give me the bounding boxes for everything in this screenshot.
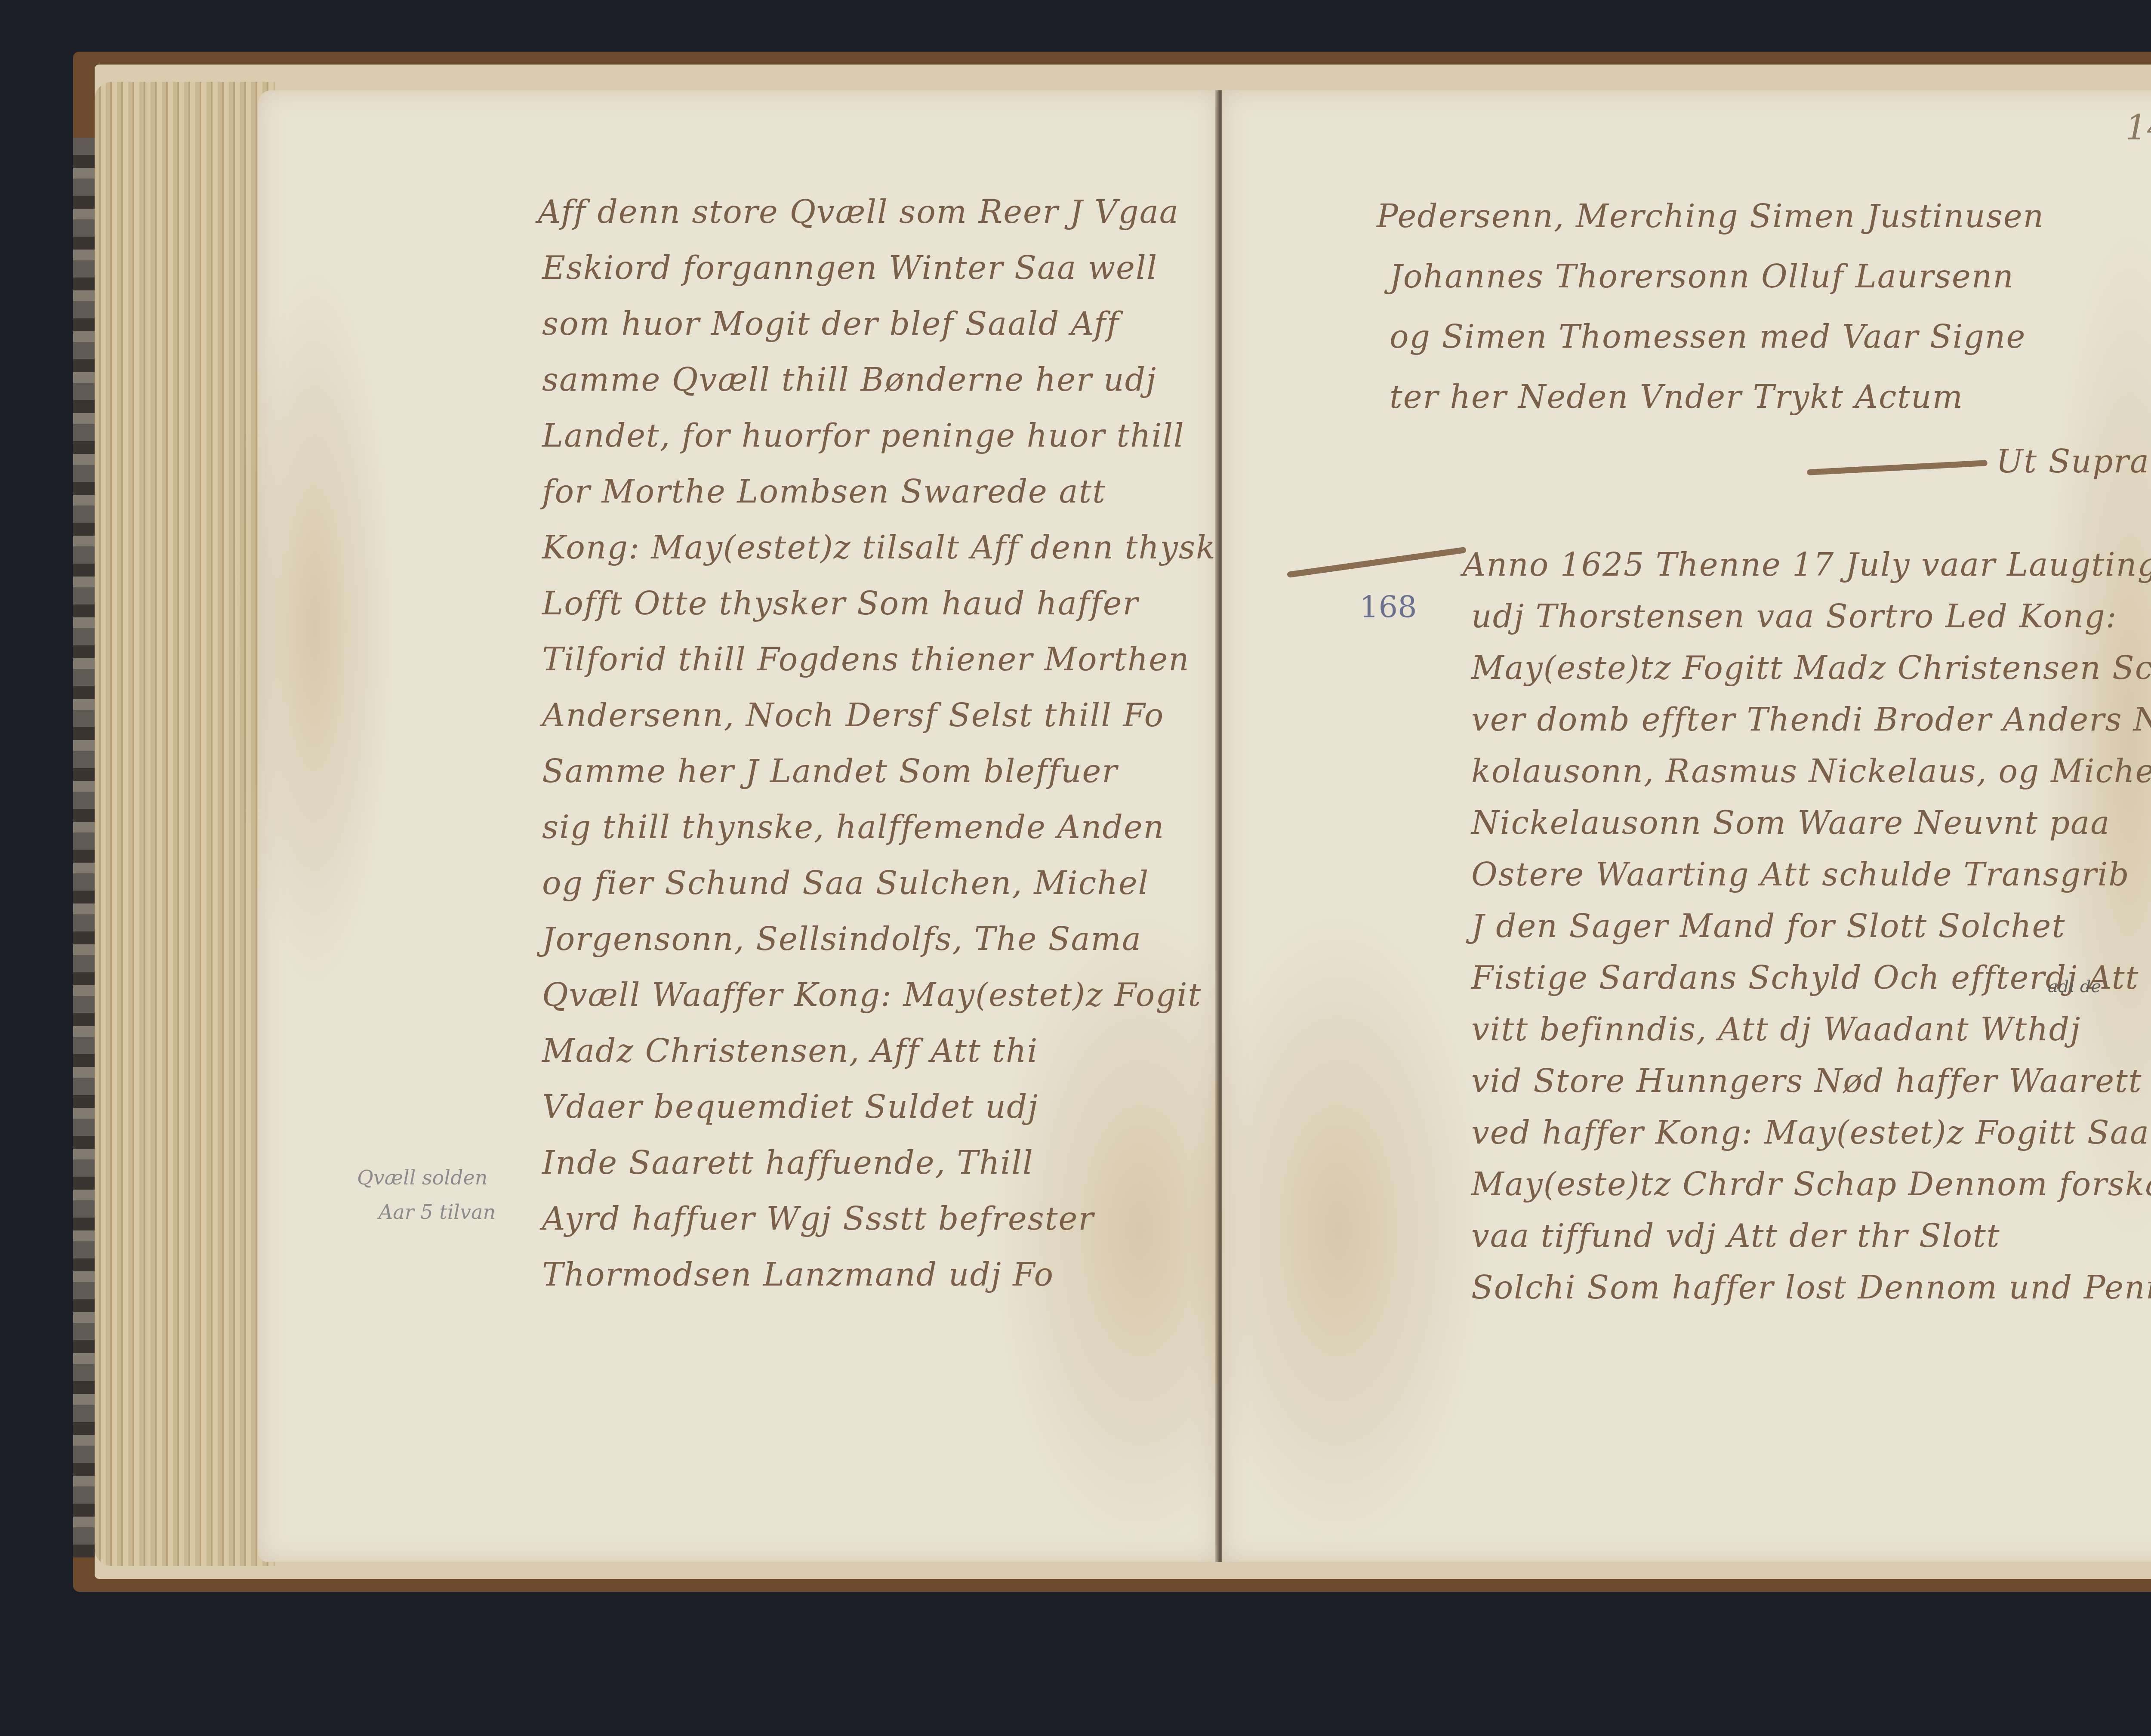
text-line: Landet, for huorfor peninge huor thill [542, 417, 1185, 454]
page-number: 147. [2125, 108, 2151, 148]
text-line: Eskiord forganngen Winter Saa well [542, 250, 1158, 287]
text-line: Andersenn, Noch Dersf Selst thill Fo [542, 697, 1164, 734]
text-line: Qvæll Waaffer Kong: May(estet)z Fogit [542, 977, 1202, 1014]
text-line: Tilforid thill Fogdens thiener Morthen [542, 641, 1190, 678]
text-line: for Morthe Lombsen Swarede att [542, 473, 1106, 510]
text-line: Kong: May(estet)z tilsalt Aff denn thysk… [542, 529, 1236, 566]
text-line: Pedersenn, Merching Simen Justinusen [1377, 198, 2044, 235]
text-line: Ayrd haffuer Wgj Ssstt befrester [542, 1200, 1094, 1237]
text-line: og Simen Thomessen med Vaar Signe [1390, 318, 2026, 355]
text-line: sig thill thynske, halffemende Anden [542, 809, 1165, 846]
text-line: Solchi Som haffer lost Dennom und Pennig… [1471, 1269, 2151, 1306]
text-line: Madz Christensen, Aff Att thi [542, 1033, 1038, 1070]
text-line: Anno 1625 Thenne 17 July vaar Laugtinget [1463, 546, 2151, 583]
text-line: ved haffer Kong: May(estet)z Fogitt Saa … [1471, 1114, 2151, 1151]
text-line: vaa tiffund vdj Att der thr Slott [1471, 1218, 2000, 1255]
text-line: Nickelausonn Som Waare Neuvnt paa [1471, 805, 2110, 842]
anno-flourish [1287, 547, 1467, 578]
text-line: Inde Saarett haffuende, Thill [542, 1144, 1034, 1181]
margin-note: Aar 5 tilvan [379, 1200, 496, 1224]
text-line: J den Sager Mand for Slott Solchet [1471, 908, 2065, 945]
water-stain [1187, 908, 1488, 1553]
text-line: May(este)tz Fogitt Madz Christensen Schr… [1471, 650, 2151, 687]
text-line: Samme her J Landet Som bleffuer [542, 753, 1118, 790]
text-line: udj Thorstensen vaa Sortro Led Kong: [1471, 598, 2117, 635]
water-stain [232, 262, 396, 994]
text-line: May(este)tz Chrdr Schap Dennom forskarne… [1471, 1166, 2151, 1203]
pencil-folio-number: 168 [1359, 589, 1417, 625]
right-page: 147. Pedersenn, Merching Simen Justinuse… [1222, 90, 2151, 1562]
text-line: Lofft Otte thysker Som haud haffer [542, 585, 1139, 622]
text-line: og fier Schund Saa Sulchen, Michel [542, 865, 1149, 902]
marbled-cover-left [73, 138, 95, 1557]
interlinear-insertion: adi de [2048, 977, 2101, 996]
text-line: Fistige Sardans Schyld Och effterdj Att [1471, 959, 2139, 996]
text-line: ver domb effter Thendi Broder Anders Ni [1471, 701, 2151, 738]
left-page: Aff denn store Qvæll som Reer J Vgaa Esk… [258, 90, 1217, 1562]
section-heading: Ut Supra [1996, 443, 2150, 480]
text-line: Johannes Thorersonn Olluf Laursenn [1390, 258, 2014, 295]
text-line: samme Qvæll thill Bønderne her udj [542, 361, 1157, 398]
text-line: Jorgensonn, Sellsindolfs, The Sama [542, 921, 1142, 958]
margin-note: Qvæll solden [357, 1166, 487, 1189]
text-line: Thormodsen Lanzmand udj Fo [542, 1256, 1054, 1293]
text-line: vid Store Hunngers Nød haffer Waarett [1471, 1063, 2142, 1100]
text-line: Ostere Waarting Att schulde Transgrib [1471, 856, 2130, 893]
open-book: Aff denn store Qvæll som Reer J Vgaa Esk… [73, 52, 2151, 1592]
text-line: vitt befinndis, Att dj Waadant Wthdj [1471, 1011, 2081, 1048]
heading-flourish [1807, 460, 1988, 475]
text-line: kolausonn, Rasmus Nickelaus, og Michell [1471, 753, 2151, 790]
text-block: Aff denn store Qvæll som Reer J Vgaa Esk… [95, 65, 2151, 1579]
text-line: ter her Neden Vnder Trykt Actum [1390, 379, 1963, 416]
text-line: Vdaer bequemdiet Suldet udj [542, 1088, 1039, 1125]
text-line: som huor Mogit der blef Saald Aff [542, 305, 1119, 342]
text-line: Aff denn store Qvæll som Reer J Vgaa [538, 194, 1179, 231]
